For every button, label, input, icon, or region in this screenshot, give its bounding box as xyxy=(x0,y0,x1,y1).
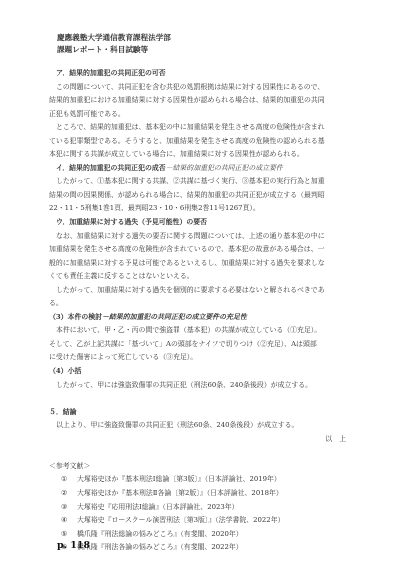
section-heading-5: ５．結論 xyxy=(49,406,354,420)
paragraph-line: 結果の間の因果関係、が認められる場合に、結果的加重犯の共同正犯が成立する（最判昭 xyxy=(49,189,354,203)
paragraph-line: 結果的加重犯における加重結果に対する因果性が認められる場合は、結果的加重犯の共同 xyxy=(49,94,354,108)
paragraph-line: 以上より、甲に強盗致傷罪の共同正犯（刑法60条、240条後段）が成立する。 xyxy=(49,419,354,433)
section-heading-u: ウ．加重結果に対する過失（予見可能性）の要否 xyxy=(49,216,354,230)
paragraph-line: 加重結果を発生させる高度の危険性が含まれているので、基本犯の故意がある場合は、一 xyxy=(49,243,354,257)
reference-text: 大塚裕史ほか『基本刑法Ⅱ各論〔第2版〕』（日本評論社、2018年） xyxy=(77,489,283,497)
paragraph-line: したがって、加重結果に対する過失を個別的に要求する必要はないと解されるべきであ xyxy=(49,284,354,298)
paragraph-line: 22・11・5刑集1巻1頁、最判昭23・10・6刑集2巻11号1267頁）。 xyxy=(49,202,354,216)
spacer xyxy=(49,446,354,460)
reference-number: ④ xyxy=(61,514,77,528)
reference-item: ②大塚裕史ほか『基本刑法Ⅱ各論〔第2版〕』（日本評論社、2018年） xyxy=(49,487,354,501)
section-heading-4: （4）小括 xyxy=(49,365,354,379)
heading-main: イ．結果的加重犯の共同正犯の成否 xyxy=(56,164,166,172)
closing-text: 以 上 xyxy=(49,433,354,447)
paragraph-line: ところで、結果的加重犯は、基本犯の中に加重結果を発生させる高度の危険性が含まれ xyxy=(49,121,354,135)
reference-text: 大塚裕史ほか『基本刑法Ⅰ総論〔第3版〕』（日本評論社、2019年） xyxy=(77,475,281,483)
paragraph-line: 本犯に関する共謀が成立している場合に、加重結果に対する因果性が認められる。 xyxy=(49,148,354,162)
section-heading-3: （3）本件の検討－結果的加重犯の共同正犯の成立要件の充足性 xyxy=(49,311,354,325)
reference-text: 橋爪隆『刑法総論の悩みどころ』（有斐閣、2020年） xyxy=(77,530,243,538)
reference-item: ⑤橋爪隆『刑法総論の悩みどころ』（有斐閣、2020年） xyxy=(49,528,354,542)
reference-text: 大塚裕史『応用刑法Ⅰ総論』（日本評論社、2023年） xyxy=(77,503,239,511)
reference-number: ② xyxy=(61,487,77,501)
reference-item: ④大塚裕史『ロースクール演習刑法〔第3版〕』（法学書院、2022年） xyxy=(49,514,354,528)
document-body: ア．結果的加重犯の共同正犯の可否 この問題について、共同正犯を含む共犯の処罰根拠… xyxy=(49,67,354,555)
paragraph-line: る。 xyxy=(49,297,354,311)
header-institution: 慶應義塾大学通信教育課程法学部 xyxy=(57,32,171,44)
paragraph-line: に受けた傷害によって死亡している（③充足）。 xyxy=(49,351,354,365)
paragraph-line: 般的に加重結果に対する予見は可能であるといえるし、加重結果に対する過失を要求しな xyxy=(49,257,354,271)
reference-number: ③ xyxy=(61,501,77,515)
reference-item: ⑥橋爪隆『刑法各論の悩みどころ』（有斐閣、2022年） xyxy=(49,541,354,555)
section-heading-a: ア．結果的加重犯の共同正犯の可否 xyxy=(49,67,354,81)
page-number: p. 118 xyxy=(57,540,90,551)
reference-item: ③大塚裕史『応用刑法Ⅰ総論』（日本評論社、2023年） xyxy=(49,501,354,515)
spacer xyxy=(49,392,354,406)
document-header: 慶應義塾大学通信教育課程法学部 課題レポート・科目試験等 xyxy=(57,32,171,56)
section-heading-i: イ．結果的加重犯の共同正犯の成否－結果的加重犯の共同正犯の成立要件 xyxy=(49,162,354,176)
reference-item: ①大塚裕史ほか『基本刑法Ⅰ総論〔第3版〕』（日本評論社、2019年） xyxy=(49,473,354,487)
reference-text: 大塚裕史『ロースクール演習刑法〔第3版〕』（法学書院、2022年） xyxy=(77,516,284,524)
header-subtitle: 課題レポート・科目試験等 xyxy=(57,44,171,56)
reference-number: ① xyxy=(61,473,77,487)
paragraph-line: 本件において、甲・乙・丙の間で強盗罪（基本犯）の共謀が成立している（①充足）。 xyxy=(49,324,354,338)
paragraph-line: そして、乙が上記共謀に「基づいて」Aの頭部をナイフで切りつけ（②充足）、Aは頭部 xyxy=(49,338,354,352)
reference-text: 橋爪隆『刑法各論の悩みどころ』（有斐閣、2022年） xyxy=(77,543,243,551)
paragraph-line: したがって、甲には強盗致傷罪の共同正犯（刑法60条、240条後段）が成立する。 xyxy=(49,379,354,393)
paragraph-line: この問題について、共同正犯を含む共犯の処罰根拠は結果に対する因果性にあるので、 xyxy=(49,81,354,95)
paragraph-line: 正犯も処罰可能である。 xyxy=(49,108,354,122)
heading-subtitle: －結果的加重犯の共同正犯の成立要件の充足性 xyxy=(102,313,247,321)
heading-subtitle: －結果的加重犯の共同正犯の成立要件 xyxy=(166,164,283,172)
references-heading: ＜参考文献＞ xyxy=(49,460,354,474)
paragraph-line: したがって、①基本犯に関する共謀、②共謀に基づく実行、③基本犯の実行行為と加重 xyxy=(49,175,354,189)
heading-main: （3）本件の検討 xyxy=(49,313,102,321)
paragraph-line: なお、加重結果に対する過失の要否に関する問題については、上述の通り基本犯の中に xyxy=(49,230,354,244)
references-list: ①大塚裕史ほか『基本刑法Ⅰ総論〔第3版〕』（日本評論社、2019年） ②大塚裕史… xyxy=(49,473,354,554)
paragraph-line: くても責任主義に反することはないといえる。 xyxy=(49,270,354,284)
paragraph-line: ている犯罪類型である。そうすると、加重結果を発生させる高度の危険性の認められる基 xyxy=(49,135,354,149)
